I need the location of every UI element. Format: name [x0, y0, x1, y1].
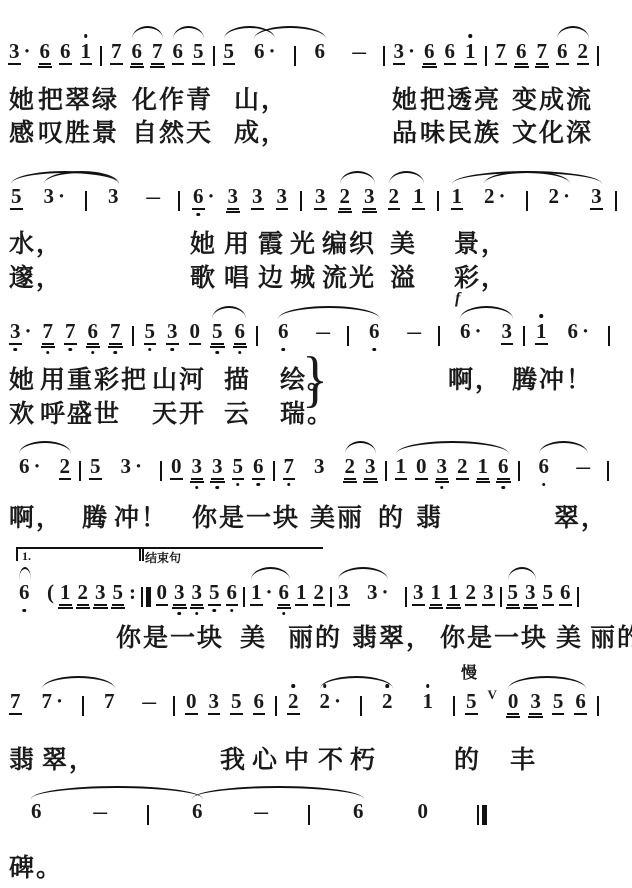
barline — [523, 326, 525, 346]
lyric-segment: 变成流 — [512, 80, 593, 116]
note-digit: 1 — [477, 455, 490, 480]
note-digit: 5 — [89, 455, 102, 480]
lyric-segment: 不 — [318, 740, 345, 776]
note-token: 5 — [192, 40, 205, 65]
note-token: 6 — [234, 320, 247, 345]
final-barline — [477, 805, 487, 825]
lyric-segment: 感 — [9, 113, 36, 149]
note-digit: 6 — [253, 40, 266, 63]
lyric-segment: 化作青 — [132, 80, 213, 116]
note-token: 3 — [211, 455, 224, 480]
note-digit: 7 — [103, 690, 116, 713]
note-digit: 7 — [536, 40, 549, 65]
note-token: 6 — [18, 581, 31, 604]
notation-line: 3·7767530566–6–6·316·f — [4, 302, 630, 345]
note-token: 6 — [30, 800, 43, 823]
lyric-segment: 城 — [290, 258, 317, 294]
note-digit: 6 — [87, 320, 100, 345]
note-token: 6· — [567, 320, 590, 343]
note-token: 1 — [477, 455, 490, 480]
barline — [438, 326, 440, 346]
barline-thick — [482, 805, 487, 825]
note-digit: 6 — [515, 40, 528, 65]
octave-dot-above-icon — [426, 684, 430, 688]
note-digit: 3 — [227, 185, 240, 210]
slur-arc — [19, 567, 31, 580]
note-digit: 1 — [447, 581, 460, 606]
note-digit: 2 — [287, 690, 300, 715]
lyric-segment: 把透亮 — [420, 80, 501, 116]
lyric-segment: 翡 — [416, 498, 443, 534]
lyric-segment: 欢 — [9, 394, 36, 430]
note-token: 3 — [363, 185, 376, 210]
note-token: 3 — [482, 581, 495, 606]
note-digit: 5 — [542, 581, 555, 606]
note-digit: 3 — [337, 581, 350, 606]
lyric-segment: 你是一块 — [116, 618, 224, 654]
lyric-segment: 边 — [258, 258, 285, 294]
lyric-segment: 朽 — [350, 740, 377, 776]
barline — [597, 696, 599, 716]
duration-dot: · — [408, 39, 415, 63]
duration-dot: · — [208, 184, 215, 208]
note-digit: 3 — [501, 320, 514, 345]
octave-dot-below-icon — [197, 213, 201, 217]
note-digit: 5 — [112, 581, 125, 606]
note-digit: 5 — [465, 690, 478, 715]
note-digit: 5 — [232, 455, 245, 480]
note-token: 2· — [319, 690, 342, 713]
music-system: 3·7767530566–6–6·316·f她用重彩把山河描绘。啊，腾冲！欢呼盛… — [4, 302, 630, 345]
note-digit: 3 — [436, 455, 449, 480]
lyrics-line: 啊，腾冲！你是一块美丽的翡翠， — [4, 498, 630, 528]
lyric-segment: 编织 — [322, 224, 376, 260]
note-digit: 3 — [120, 455, 133, 478]
note-token: 1 — [412, 185, 425, 210]
barline — [437, 191, 439, 211]
barline — [383, 46, 385, 66]
note-digit: 6 — [567, 320, 580, 343]
duration-dot: · — [563, 184, 570, 208]
lyric-segment: 丰 — [510, 740, 537, 776]
ending-bracket: 1. — [16, 547, 144, 561]
octave-dot-above-icon — [323, 684, 327, 688]
notation-line: 3·6617676556·6–3·66176762 — [4, 22, 630, 65]
music-system: 6(1235:033561·61233·3112353561.结束句你是一块美丽… — [4, 545, 630, 606]
lyric-segment: 山， — [234, 80, 288, 116]
duration-dot: · — [34, 454, 41, 478]
slur-arc — [31, 786, 203, 799]
lyric-segment: 歌 — [190, 258, 217, 294]
note-token: 1 — [535, 320, 548, 345]
barline — [308, 805, 310, 825]
note-digit: 0 — [185, 690, 198, 715]
lyric-segment: 呼盛世 — [40, 394, 121, 430]
note-token: 7 — [495, 40, 508, 65]
lyric-segment: 把翠绿 — [38, 80, 119, 116]
lyrics-line: 你是一块美丽的翡翠，你是一块美丽的 — [4, 618, 630, 648]
note-digit: 3 — [363, 185, 376, 210]
note-token: 7 — [42, 320, 55, 345]
lyric-segment: 叹胜景 — [38, 113, 119, 149]
lyric-segment: 流光 — [322, 258, 376, 294]
note-token: 7 — [151, 40, 164, 65]
octave-dot-below-icon — [195, 486, 199, 490]
note-token: 6· — [253, 40, 276, 63]
note-token: 6 — [252, 455, 265, 480]
notation-line: 77·7–035622·215V0356慢 — [4, 672, 630, 715]
note-digit: 6 — [556, 40, 569, 65]
note-token: 3 — [107, 185, 120, 208]
note-digit: 3 — [364, 455, 377, 480]
lyric-segment: 她 — [9, 80, 36, 116]
slur-arc — [192, 786, 364, 799]
slur-arc — [539, 441, 588, 454]
note-digit: 2 — [59, 455, 72, 480]
barline — [453, 696, 455, 716]
duration-dot: · — [499, 184, 506, 208]
note-digit: 7 — [109, 320, 122, 345]
lyric-segment: 文化深 — [512, 113, 593, 149]
lyric-segment: 她 — [392, 80, 419, 116]
note-digit: 3 — [482, 581, 495, 606]
notation-line: 6·253·0335673231032166– — [4, 437, 630, 480]
note-digit: 3 — [107, 185, 120, 208]
note-digit: 6 — [226, 581, 239, 606]
note-token: 6 — [368, 320, 381, 343]
note-token: 6 — [278, 581, 291, 606]
note-token: 3 — [166, 320, 179, 345]
note-digit: 2 — [77, 581, 90, 606]
note-digit: 2 — [483, 185, 496, 208]
note-digit: 3 — [393, 40, 406, 65]
note-digit: 1 — [59, 581, 72, 606]
note-digit: 6 — [459, 320, 472, 343]
note-token: 7 — [64, 320, 77, 345]
dash-note: – — [316, 320, 330, 343]
lyric-segment: 丽的 — [590, 618, 632, 654]
note-token: 6 — [423, 40, 436, 65]
duration-dot: · — [266, 580, 273, 604]
note-token: 5 — [542, 581, 555, 606]
music-system: 6–6–60碑。 — [4, 782, 630, 823]
dash-note: – — [146, 185, 160, 208]
note-token: 2· — [483, 185, 506, 208]
lyric-segment: 用 — [224, 224, 251, 260]
octave-dot-below-icon — [440, 486, 444, 490]
note-digit: 7 — [64, 320, 77, 345]
lyric-segment: 用重彩把 — [40, 360, 148, 396]
note-token: 3 — [173, 581, 186, 606]
note-token: 2 — [381, 690, 394, 713]
slur-arc — [254, 26, 326, 39]
note-token: 1 — [422, 690, 435, 713]
note-digit: 6 — [30, 800, 43, 823]
slur-arc — [11, 171, 119, 184]
note-token: 5 — [89, 455, 102, 480]
note-digit: 3 — [276, 185, 289, 210]
lyric-segment: 成， — [234, 113, 288, 149]
lyric-segment: 山河 — [152, 360, 206, 396]
lyric-segment: 啊， — [448, 360, 502, 396]
lyric-segment: 味民族 — [420, 113, 501, 149]
dash-note: – — [407, 320, 421, 343]
note-token: 6 — [131, 40, 144, 65]
barline — [577, 587, 579, 607]
slur-arc — [251, 567, 290, 580]
dash-note: – — [352, 40, 366, 63]
barline — [300, 191, 302, 211]
octave-dot-below-icon — [282, 348, 286, 352]
octave-dot-below-icon — [282, 612, 286, 616]
note-digit: 6 — [192, 185, 205, 210]
note-digit: 5 — [223, 40, 236, 65]
dash-note: – — [576, 455, 590, 478]
note-digit: 7 — [495, 40, 508, 65]
lyric-segment: 腾冲！ — [512, 360, 593, 396]
duration-dot: · — [382, 580, 389, 604]
barline — [173, 696, 175, 716]
barline — [275, 696, 277, 716]
note-digit: 0 — [170, 455, 183, 480]
note-digit: 2 — [577, 40, 590, 65]
note-token: 3 — [412, 581, 425, 606]
note-digit: 7 — [9, 690, 22, 715]
octave-dot-below-icon — [257, 483, 261, 487]
slur-arc — [173, 26, 204, 39]
note-token: 6 — [59, 40, 72, 65]
barline — [608, 326, 610, 346]
note-token: 3 — [529, 690, 542, 715]
barline — [405, 587, 407, 607]
note-digit: 6 — [172, 40, 185, 65]
note-token: 3· — [366, 581, 389, 604]
lyric-segment: 心 — [252, 740, 279, 776]
lyric-segment: 碑。 — [9, 848, 63, 884]
note-digit: 0 — [417, 800, 430, 823]
slur-arc — [224, 26, 275, 39]
octave-dot-below-icon — [287, 483, 291, 487]
note-token: 3 — [524, 581, 537, 606]
rest-note: 0 — [156, 581, 169, 606]
slur-arc — [278, 306, 380, 319]
note-digit: 3 — [313, 455, 326, 478]
barline — [82, 696, 84, 716]
rest-note: 0 — [185, 690, 198, 715]
octave-dot-below-icon — [216, 351, 220, 355]
barline-thin — [141, 587, 143, 607]
lyrics-line: 她把翠绿化作青山，她把透亮变成流 — [4, 80, 630, 110]
lyric-segment: 我 — [220, 740, 247, 776]
slur-arc — [557, 26, 589, 39]
note-token: 6 — [87, 320, 100, 345]
note-token: 1· — [250, 581, 273, 606]
lyric-segment: 霞 — [258, 224, 285, 260]
duration-dot: · — [58, 184, 65, 208]
note-token: 2 — [339, 185, 352, 210]
slur-arc — [132, 26, 163, 39]
octave-dot-below-icon — [148, 348, 152, 352]
note-token: 7 — [283, 455, 296, 480]
notation-literal: ( — [47, 581, 54, 604]
slur-arc — [340, 171, 375, 184]
lyric-segment: 彩， — [454, 258, 508, 294]
note-token: 6 — [39, 40, 52, 65]
note-token: 2 — [577, 40, 590, 65]
note-token: 3 — [436, 455, 449, 480]
octave-dot-below-icon — [14, 348, 18, 352]
dynamic-marking: f — [455, 290, 460, 308]
note-digit: 7 — [283, 455, 296, 480]
slur-arc — [345, 441, 376, 454]
note-token: 3 — [191, 581, 204, 606]
note-digit: 6 — [18, 455, 31, 478]
lyrics-line: 水，她用霞光编织美景， — [4, 224, 630, 254]
note-token: 6 — [277, 320, 290, 343]
note-digit: 1 — [395, 455, 408, 480]
barline — [178, 191, 180, 211]
note-token: 6 — [515, 40, 528, 65]
barline — [607, 461, 609, 481]
octave-dot-below-icon — [230, 609, 234, 613]
note-token: 6· — [18, 455, 41, 478]
note-token: 5 — [552, 690, 565, 715]
note-token: 6 — [559, 581, 572, 606]
barline — [213, 46, 215, 66]
note-digit: 3 — [366, 581, 379, 604]
octave-dot-above-icon — [292, 684, 296, 688]
lyric-segment: 美 — [240, 618, 267, 654]
note-token: 3 — [276, 185, 289, 210]
note-digit: 2 — [344, 455, 357, 480]
note-token: 5 — [230, 690, 243, 715]
note-token: 3 — [364, 455, 377, 480]
duration-dot: · — [582, 319, 589, 343]
note-token: 1 — [430, 581, 443, 606]
barline-thick — [146, 587, 151, 607]
note-token: 3· — [43, 185, 66, 208]
note-token: 3· — [9, 320, 32, 345]
note-token: 3 — [227, 185, 240, 210]
lyric-segment: 翠， — [554, 498, 608, 534]
note-token: 6 — [497, 455, 510, 480]
lyric-segment: 她 — [9, 360, 36, 396]
note-token: 3 — [313, 455, 326, 478]
note-token: 1 — [451, 185, 464, 210]
note-digit: 3 — [9, 320, 22, 345]
octave-dot-below-icon — [236, 483, 240, 487]
lyric-segment: 品 — [392, 113, 419, 149]
slur-arc — [460, 306, 513, 319]
note-token: 5 — [223, 40, 236, 65]
note-digit: 2 — [381, 690, 394, 713]
note-digit: 5 — [208, 581, 221, 606]
note-digit: 3 — [43, 185, 56, 208]
note-digit: 6 — [191, 800, 204, 823]
music-system: 3·6617676556·6–3·66176762她把翠绿化作青山，她把透亮变成… — [4, 22, 630, 65]
slur-arc — [396, 441, 509, 454]
note-digit: 7 — [41, 690, 54, 713]
note-digit: 5 — [230, 690, 243, 715]
note-token: 3· — [8, 40, 31, 65]
lyric-segment: 描 — [224, 360, 251, 396]
note-digit: 6 — [277, 320, 290, 343]
note-token: 7 — [103, 690, 116, 713]
slur-arc — [212, 306, 246, 319]
ending-bracket: 结束句 — [139, 547, 323, 561]
music-system: 77·7–035622·215V0356慢翡翠，我心中不朽的丰 — [4, 672, 630, 715]
barline — [79, 461, 81, 481]
note-digit: 1 — [80, 40, 93, 65]
note-digit: 5 — [10, 185, 23, 210]
note-digit: 1 — [422, 690, 435, 713]
note-digit: 0 — [507, 690, 520, 715]
note-digit: 3 — [191, 581, 204, 606]
octave-dot-below-icon — [46, 351, 50, 355]
note-digit: 1 — [250, 581, 263, 606]
note-token: 3 — [191, 455, 204, 480]
note-token: 1 — [59, 581, 72, 606]
barline — [518, 461, 520, 481]
rest-note: 0 — [170, 455, 183, 480]
note-digit: 6 — [423, 40, 436, 65]
note-token: 5 — [208, 581, 221, 606]
note-digit: 6 — [253, 690, 266, 715]
note-token: 5 — [465, 690, 478, 715]
note-token: 6 — [226, 581, 239, 606]
note-token: 3 — [501, 320, 514, 345]
music-system: 6·253·0335673231032166–啊，腾冲！你是一块美丽的翡翠， — [4, 437, 630, 480]
lyric-segment: 翠， — [42, 740, 96, 776]
slur-arc — [508, 676, 586, 689]
note-token: 1 — [295, 581, 308, 606]
duration-dot: · — [334, 689, 341, 713]
note-token: 3 — [314, 185, 327, 210]
octave-dot-below-icon — [502, 486, 506, 490]
duration-dot: · — [24, 39, 31, 63]
dynamic-marking: 慢 — [461, 660, 477, 683]
lyric-segment: 唱 — [224, 258, 251, 294]
note-digit: 3 — [208, 690, 221, 715]
note-token: 5 — [211, 320, 224, 345]
octave-dot-below-icon — [91, 351, 95, 355]
note-token: 6 — [253, 690, 266, 715]
note-digit: 6 — [59, 40, 72, 65]
octave-dot-below-icon — [238, 351, 242, 355]
note-digit: 6 — [252, 455, 265, 480]
lyric-segment: 翡翠， — [352, 618, 433, 654]
note-digit: 3 — [191, 455, 204, 480]
lyric-segment: 自然天 — [132, 113, 213, 149]
lyric-segment: 她 — [190, 224, 217, 260]
octave-dot-below-icon — [69, 348, 73, 352]
barline — [273, 461, 275, 481]
note-digit: 6 — [278, 581, 291, 606]
note-digit: 3 — [529, 690, 542, 715]
note-digit: 5 — [192, 40, 205, 65]
slur-arc — [42, 676, 115, 689]
lyric-segment: 啊， — [9, 498, 63, 534]
ending-label: 1. — [22, 549, 31, 564]
octave-dot-below-icon — [542, 483, 546, 487]
octave-dot-below-icon — [114, 351, 118, 355]
dash-note: – — [254, 800, 268, 823]
barline — [500, 587, 502, 607]
lyric-segment: 你是一块 — [192, 498, 300, 534]
octave-dot-below-icon — [178, 612, 182, 616]
slur-arc — [389, 171, 424, 184]
note-token: 6 — [556, 40, 569, 65]
